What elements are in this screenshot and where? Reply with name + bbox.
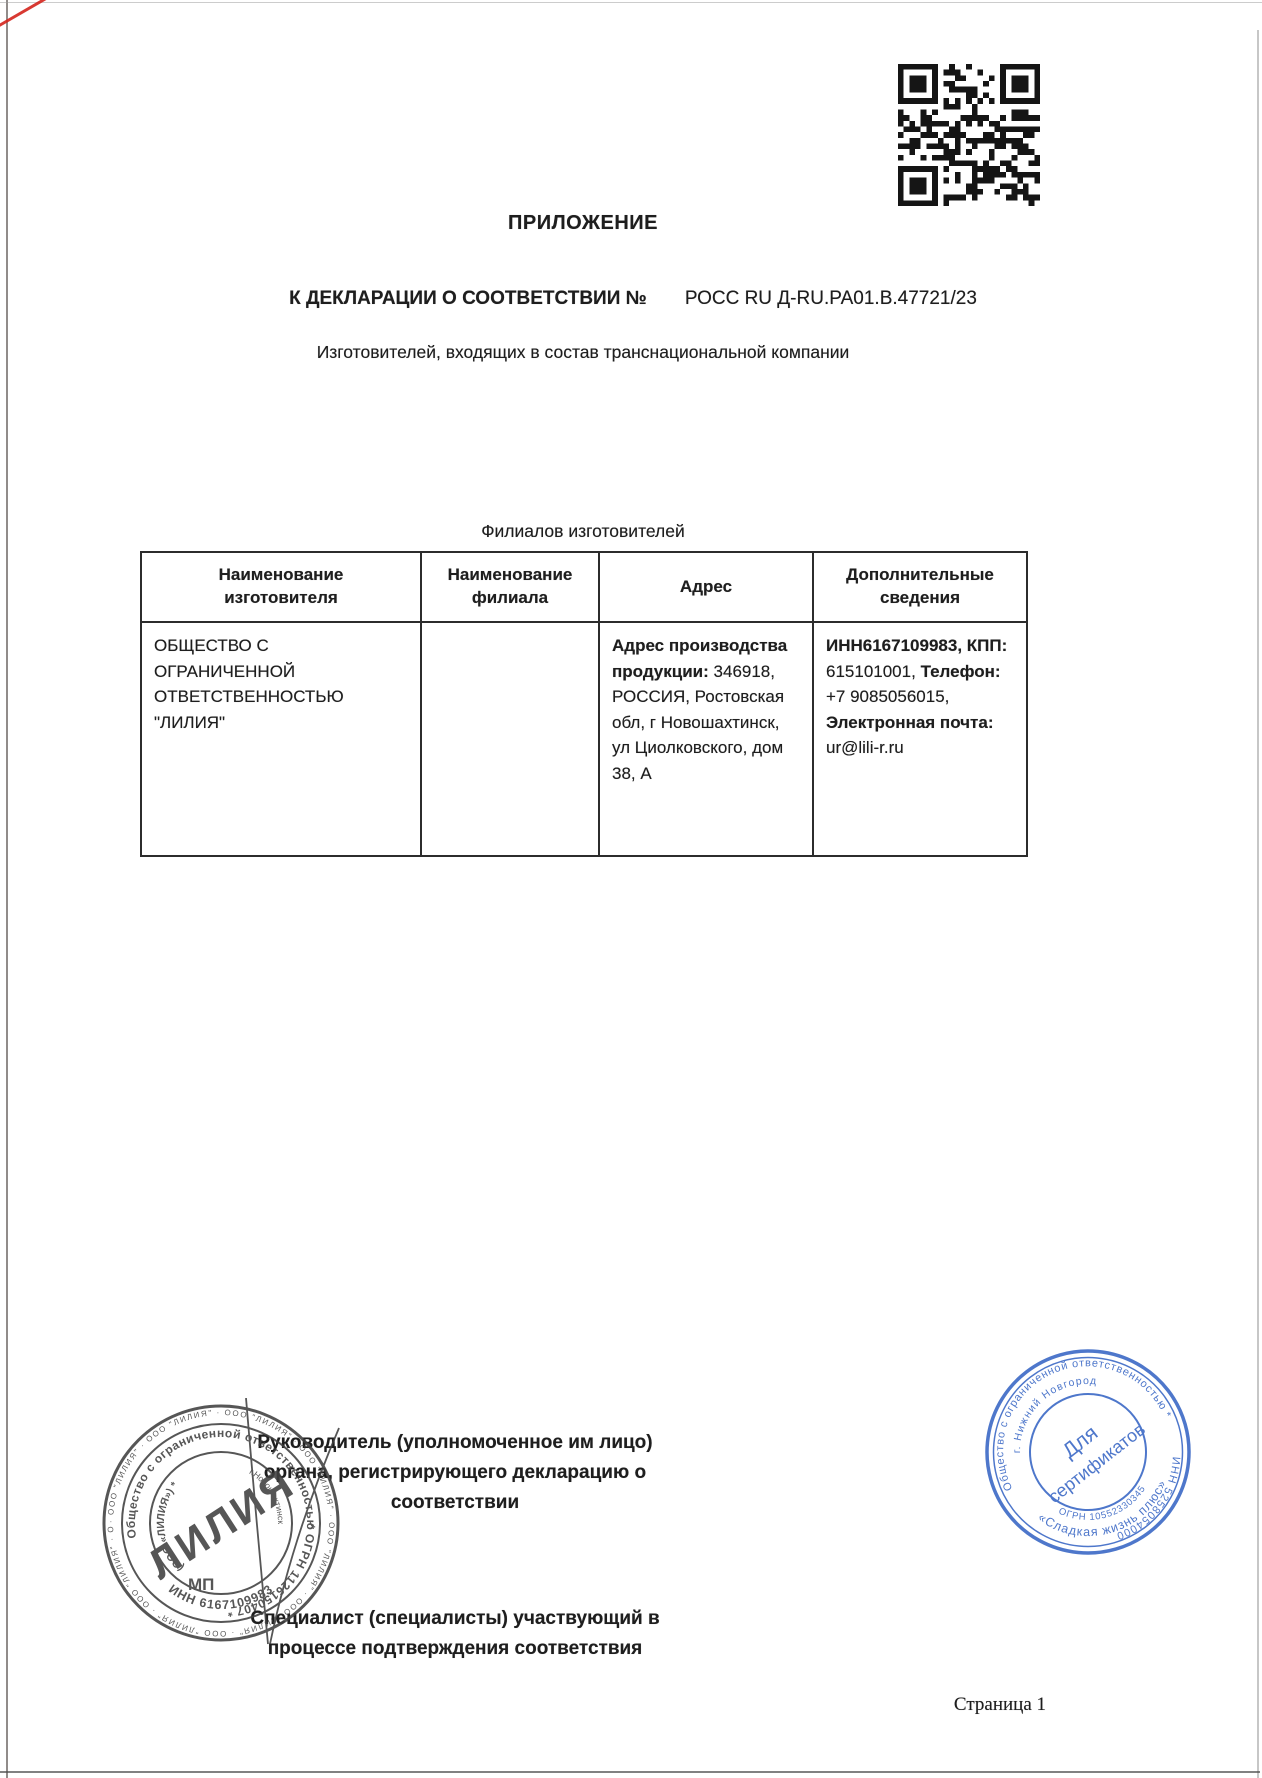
- stamp-blue-texts: Общество с ограниченной ответственностью…: [982, 1346, 1194, 1558]
- signature-specialist-caption: Специалист (специалисты) участвующий в п…: [243, 1604, 667, 1664]
- table-header-row: Наименование изготовителя Наименование ф…: [141, 552, 1027, 622]
- info-inn-label: ИНН6167109983,: [826, 636, 962, 655]
- info-phone-value: +7 9085056015,: [826, 687, 949, 706]
- stamp-blue-center-line2: сертификатов: [1044, 1419, 1149, 1507]
- info-email-value: ur@lili-r.ru: [826, 738, 904, 757]
- table-caption: Филиалов изготовителей: [140, 521, 1026, 542]
- declaration-number: РОСС RU Д-RU.РА01.В.47721/23: [685, 288, 977, 310]
- table-header-branch: Наименование филиала: [421, 552, 599, 622]
- svg-text:«Сладкая жизнь плюс»: «Сладкая жизнь плюс»: [1033, 1475, 1179, 1555]
- svg-text:г. Нижний Новгород: г. Нижний Новгород: [995, 1369, 1112, 1456]
- info-kpp-value: 615101001,: [826, 662, 916, 681]
- qr-code-image: [898, 64, 1040, 206]
- address-cell: Адрес производства продукции: 346918, РО…: [599, 622, 813, 856]
- signature-head-caption: Руководитель (уполномоченное им лицо) ор…: [243, 1428, 667, 1518]
- table-row: ОБЩЕСТВО С ОГРАНИЧЕННОЙ ОТВЕТСТВЕННОСТЬЮ…: [141, 622, 1027, 856]
- scan-edge-left: [6, 0, 8, 1778]
- stamp-blue-name-text: «Сладкая жизнь плюс»: [1033, 1475, 1179, 1555]
- stamp-blue-ogrn-text: ОГРН 10552330345: [1055, 1481, 1154, 1533]
- declaration-line: К ДЕКЛАРАЦИИ О СООТВЕТСТВИИ № РОСС RU Д-…: [100, 288, 1166, 310]
- stamp-blue-inn-text: ИНН 5258054000: [1099, 1453, 1194, 1542]
- svg-text:ОГРН 10552330345: ОГРН 10552330345: [1055, 1481, 1154, 1533]
- scan-edge-top: [0, 2, 1262, 3]
- svg-text:ИНН 5258054000: ИНН 5258054000: [1099, 1453, 1194, 1542]
- declaration-label: К ДЕКЛАРАЦИИ О СООТВЕТСТВИИ №: [289, 288, 647, 310]
- table-header-info: Дополнительные сведения: [813, 552, 1027, 622]
- stamp-blue-rings: [982, 1346, 1194, 1558]
- appendix-subtitle: Изготовителей, входящих в состав трансна…: [188, 342, 978, 363]
- branch-cell: [421, 622, 599, 856]
- info-email-label: Электронная почта:: [826, 713, 993, 732]
- manufacturers-table: Наименование изготовителя Наименование ф…: [140, 551, 1028, 857]
- info-kpp-label: КПП:: [967, 636, 1007, 655]
- stamp-blue-company-text: Общество с ограниченной ответственностью…: [982, 1346, 1181, 1493]
- svg-text:(ООО «ЛИЛИЯ») *: (ООО «ЛИЛИЯ») *: [155, 1479, 186, 1573]
- stamp-ooo-text: (ООО «ЛИЛИЯ») *: [155, 1479, 186, 1573]
- page-number: Страница 1: [760, 1694, 1046, 1716]
- table-header-address: Адрес: [599, 552, 813, 622]
- stamp-blue-center: Для сертификатов: [1027, 1397, 1149, 1507]
- stamp-blue-center-line1: Для: [1058, 1421, 1102, 1462]
- stamp-mp-label: МП: [188, 1575, 214, 1594]
- svg-text:Общество с ограниченной ответс: Общество с ограниченной ответственностью…: [982, 1346, 1181, 1493]
- scan-edge-bottom: [0, 1771, 1260, 1773]
- table-header-manufacturer: Наименование изготовителя: [141, 552, 421, 622]
- stamp-blue-city-text: г. Нижний Новгород: [995, 1369, 1112, 1456]
- appendix-title: ПРИЛОЖЕНИЕ: [188, 212, 978, 235]
- manufacturer-cell: ОБЩЕСТВО С ОГРАНИЧЕННОЙ ОТВЕТСТВЕННОСТЬЮ…: [141, 622, 421, 856]
- document-page: ПРИЛОЖЕНИЕ К ДЕКЛАРАЦИИ О СООТВЕТСТВИИ №…: [0, 0, 1262, 1778]
- info-phone-label: Телефон:: [921, 662, 1001, 681]
- certification-stamp-blue: Общество с ограниченной ответственностью…: [982, 1346, 1194, 1558]
- info-cell: ИНН6167109983, КПП: 615101001, Телефон: …: [813, 622, 1027, 856]
- scan-edge-right: [1257, 30, 1259, 1778]
